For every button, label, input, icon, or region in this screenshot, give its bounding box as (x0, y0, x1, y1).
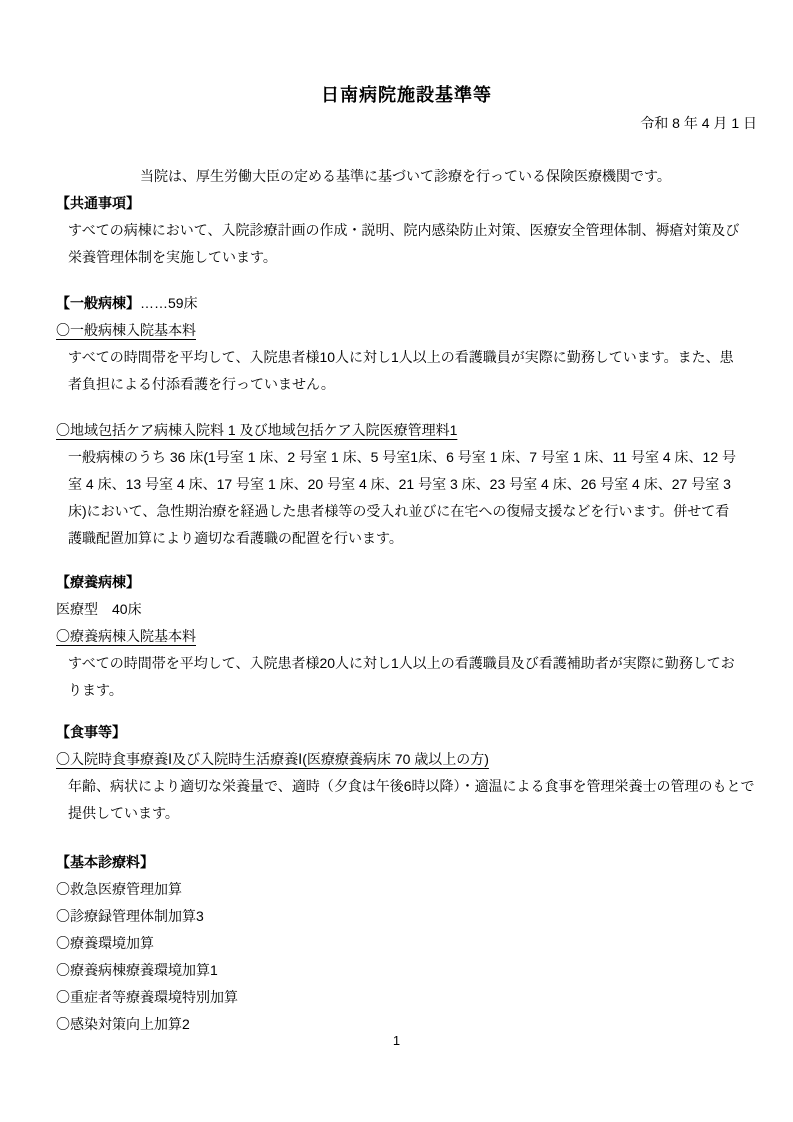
document-title: 日南病院施設基準等 (56, 84, 757, 106)
document-page: 日南病院施設基準等 令和 8 年 4 月 1 日 当院は、厚生労働大臣の定める基… (0, 0, 793, 1122)
paragraph-line: 一般病棟のうち 36 床(1号室 1 床、2 号室 1 床、5 号室1床、6 号… (56, 444, 757, 471)
section-basic-fees: 【基本診療料】 〇救急医療管理加算 〇診療録管理体制加算3 〇療養環境加算 〇療… (56, 849, 757, 1038)
page-number: 1 (0, 1033, 793, 1049)
section-care-ward: 【療養病棟】 医療型 40床 〇療養病棟入院基本料 すべての時間帯を平均して、入… (56, 569, 757, 704)
subsection-heading-meal-fee: 〇入院時食事療養Ⅰ及び入院時生活療養Ⅰ(医療療養病床 70 歳以上の方) (56, 746, 757, 773)
section-heading-general-ward-row: 【一般病棟】……59床 (56, 290, 757, 317)
section-heading-basic-fees: 【基本診療料】 (56, 849, 757, 876)
section-heading-care-ward: 【療養病棟】 (56, 569, 757, 596)
subsection-heading-community-care: 〇地域包括ケア病棟入院料 1 及び地域包括ケア入院医療管理料1 (56, 417, 757, 444)
intro-paragraph: 当院は、厚生労働大臣の定める基準に基づいて診療を行っている保険医療機関です。 (140, 163, 757, 190)
section-common: 【共通事項】 すべての病棟において、入院診療計画の作成・説明、院内感染防止対策、… (56, 190, 757, 271)
paragraph-line: 栄養管理体制を実施しています。 (56, 244, 757, 271)
section-general-ward: 【一般病棟】……59床 〇一般病棟入院基本料 すべての時間帯を平均して、入院患者… (56, 290, 757, 552)
section-heading-general-ward-beds: ……59床 (140, 295, 198, 311)
list-item: 〇救急医療管理加算 (56, 876, 757, 903)
list-item: 〇重症者等療養環境特別加算 (56, 984, 757, 1011)
paragraph-line: 者負担による付添看護を行っていません。 (56, 371, 757, 398)
section-heading-general-ward: 【一般病棟】 (56, 295, 140, 311)
subsection-community-care: 〇地域包括ケア病棟入院料 1 及び地域包括ケア入院医療管理料1 一般病棟のうち … (56, 417, 757, 552)
section-meals: 【食事等】 〇入院時食事療養Ⅰ及び入院時生活療養Ⅰ(医療療養病床 70 歳以上の… (56, 719, 757, 827)
subsection-heading-care-basic-fee: 〇療養病棟入院基本料 (56, 623, 757, 650)
subsection-heading-general-basic-fee: 〇一般病棟入院基本料 (56, 317, 757, 344)
section-heading-common: 【共通事項】 (56, 190, 757, 217)
list-item: 〇診療録管理体制加算3 (56, 903, 757, 930)
list-item: 〇療養病棟療養環境加算1 (56, 957, 757, 984)
paragraph-line: 年齢、病状により適切な栄養量で、適時（夕食は午後6時以降）・適温による食事を管理… (56, 773, 757, 800)
section-heading-meals: 【食事等】 (56, 719, 757, 746)
paragraph-line: 護職配置加算により適切な看護職の配置を行います。 (56, 525, 757, 552)
document-date: 令和 8 年 4 月 1 日 (56, 114, 757, 132)
paragraph-line: すべての時間帯を平均して、入院患者様20人に対し1人以上の看護職員及び看護補助者… (56, 650, 757, 677)
paragraph-line: すべての時間帯を平均して、入院患者様10人に対し1人以上の看護職員が実際に勤務し… (56, 344, 757, 371)
paragraph-line: 室 4 床、13 号室 4 床、17 号室 1 床、20 号室 4 床、21 号… (56, 471, 757, 498)
paragraph-line: ります。 (56, 677, 757, 704)
paragraph-line: 床)において、急性期治療を経過した患者様等の受入れ並びに在宅への復帰支援などを行… (56, 498, 757, 525)
paragraph-line: 提供しています。 (56, 800, 757, 827)
paragraph-line: すべての病棟において、入院診療計画の作成・説明、院内感染防止対策、医療安全管理体… (56, 217, 757, 244)
list-item: 〇療養環境加算 (56, 930, 757, 957)
care-ward-type-line: 医療型 40床 (56, 596, 757, 623)
